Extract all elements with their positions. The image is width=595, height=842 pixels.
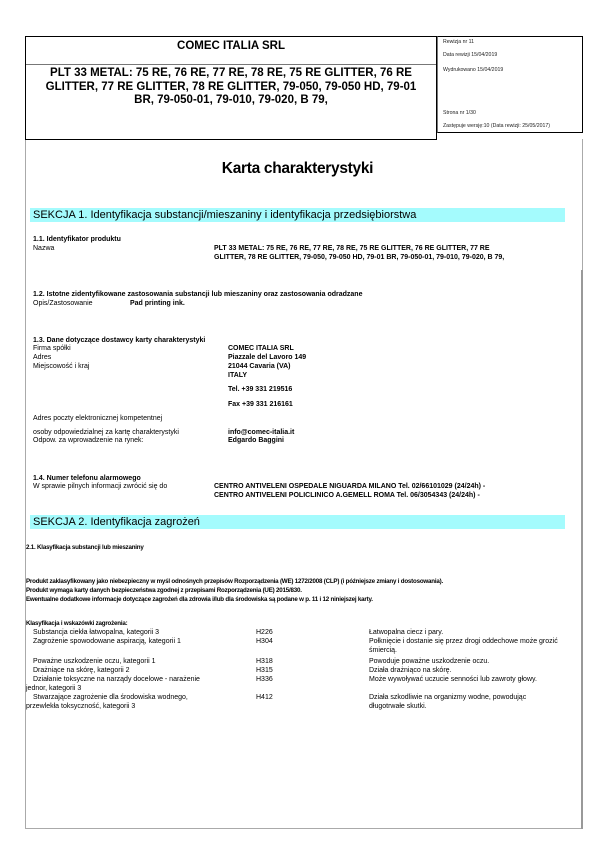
header-box: COMEC ITALIA SRL PLT 33 METAL: 75 RE, 76… [25,36,437,140]
subsection-2-1-heading: 2.1. Klasyfikacja substancji lub mieszan… [26,544,144,553]
hazard-code: H304 [256,638,273,647]
use-value: Pad printing ink. [130,300,185,309]
emergency-label: W sprawie pilnych informacji zwrócić się… [33,483,167,492]
hazard-statement: długotrwałe skutki. [369,703,427,712]
hazard-statement: Może wywoływać uczucie senności lub zawr… [369,676,537,685]
hazard-code: H226 [256,629,273,638]
revision-date: Data rewizji 15/04/2019 [443,52,497,58]
hazard-class: Zagrożenie spowodowane aspiracją, katego… [33,638,181,647]
document-title: Karta charakterystyki [0,160,595,178]
fax: Fax +39 331 216161 [228,401,293,410]
subsection-1-1-heading: 1.1. Identyfikator produktu [33,236,121,245]
address-label: Adres [33,354,51,363]
hazard-statement: Działa drażniąco na skórę. [369,667,452,676]
revision-number: Rewizja nr 11 [443,39,474,45]
product-line: PLT 33 METAL: 75 RE, 76 RE, 77 RE, 78 RE… [34,67,428,81]
name-label: Nazwa [33,245,54,254]
printed-date: Wydrukowano 15/04/2019 [443,67,503,73]
page-edge [581,270,583,829]
classification-paragraph-line: Produkt zaklasyfikowany jako niebezpiecz… [26,578,443,587]
emergency-contact: CENTRO ANTIVELENI POLICLINICO A.GEMELL R… [214,492,480,501]
company-label: Firma spółki [33,345,71,354]
hazard-class: przewlekła toksyczność, kategorii 3 [26,703,135,712]
hazard-statement: Łatwopalna ciecz i pary. [369,629,443,638]
hazard-code: H336 [256,676,273,685]
product-line: BR, 79-050-01, 79-010, 79-020, B 79, [34,94,428,108]
hazard-class: Poważne uszkodzenie oczu, kategorii 1 [33,658,156,667]
hazard-code: H318 [256,658,273,667]
hazard-class: Działanie toksyczne na narządy docelowe … [33,676,200,685]
hazard-class: Substancja ciekła łatwopalna, kategorii … [33,629,159,638]
hazard-class: Drażniące na skórę, kategorii 2 [33,667,130,676]
telephone: Tel. +39 331 219516 [228,386,292,395]
hazard-classification-heading: Klasyfikacja i wskazówki zagrożenia: [26,620,127,629]
hazard-statement: Powoduje poważne uszkodzenie oczu. [369,658,489,667]
city-value: 21044 Cavaria (VA) [228,363,291,372]
country-value: ITALY [228,372,247,381]
page-number: Strona nr 1/30 [443,110,476,116]
company-value: COMEC ITALIA SRL [228,345,294,354]
product-name-line: GLITTER, 78 RE GLITTER, 79-050, 79-050 H… [214,254,504,263]
product-line: GLITTER, 77 RE GLITTER, 78 RE GLITTER, 7… [34,81,428,95]
section-1-heading: SEKCJA 1. Identyfikacja substancji/miesz… [30,208,565,222]
header-company: COMEC ITALIA SRL [26,37,436,65]
email-label: Adres poczty elektronicznej kompetentnej [33,415,162,424]
hazard-statement: Działa szkodliwie na organizmy wodne, po… [369,694,526,703]
subsection-1-2-heading: 1.2. Istotne zidentyfikowane zastosowani… [33,291,362,300]
market-value: Edgardo Baggini [228,437,284,446]
emergency-contact: CENTRO ANTIVELENI OSPEDALE NIGUARDA MILA… [214,483,485,492]
product-name-line: PLT 33 METAL: 75 RE, 76 RE, 77 RE, 78 RE… [214,245,490,254]
section-2-heading: SEKCJA 2. Identyfikacja zagrożeń [30,515,565,529]
hazard-statement: Połknięcie i dostanie się przez drogi od… [369,638,558,647]
city-label: Miejscowość i kraj [33,363,89,372]
header-product-name: PLT 33 METAL: 75 RE, 76 RE, 77 RE, 78 RE… [26,67,436,108]
classification-paragraph-line: Produkt wymaga karty danych bezpieczeńst… [26,587,302,596]
replaces-version: Zastępuje wersję:10 (Data rewizji: 25/05… [443,123,550,129]
address-value: Piazzale del Lavoro 149 [228,354,306,363]
hazard-statement: śmiercią. [369,647,397,656]
market-label: Odpow. za wprowadzenie na rynek: [33,437,144,446]
hazard-code: H412 [256,694,273,703]
hazard-class: Stwarzające zagrożenie dla środowiska wo… [33,694,188,703]
use-label: Opis/Zastosowanie [33,300,93,309]
revision-info-box: Rewizja nr 11 Data rewizji 15/04/2019 Wy… [437,36,583,133]
hazard-code: H315 [256,667,273,676]
hazard-class: jednor, kategorii 3 [26,685,81,694]
classification-paragraph-line: Ewentualne dodatkowe informacje dotycząc… [26,596,373,605]
